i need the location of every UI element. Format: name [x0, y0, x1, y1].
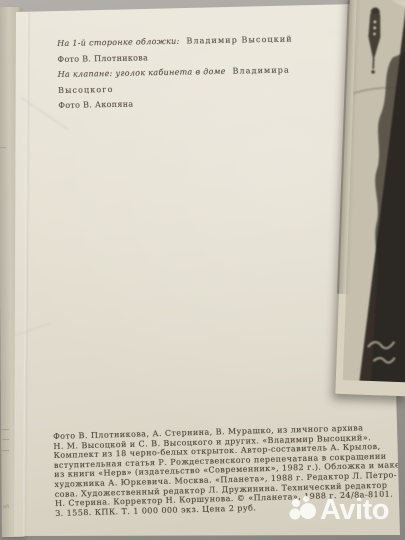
- colophon-top: На 1-й сторонке обложки: Владимир Высоцк…: [57, 31, 338, 114]
- postcard-photo-image: [343, 0, 405, 382]
- flap-print-fragment: [0, 147, 6, 148]
- flap-print-fragment: [1, 429, 9, 430]
- avito-wordmark: Avito: [320, 495, 389, 525]
- photo-scene: иб На 1-й сторонке обложки: Владимир Выс…: [0, 0, 405, 540]
- flap-print-fragment-text: иб: [3, 504, 9, 510]
- colophon-caption: На 1-й сторонке обложки:: [57, 37, 180, 48]
- colophon-caption: На клапане: уголок кабинета в доме: [58, 67, 226, 79]
- pen-nib-shape: [367, 7, 381, 74]
- colophon-name: Владимир Высоцкий: [186, 34, 292, 45]
- flap-print-fragment: [1, 450, 9, 451]
- page-crease: [23, 8, 30, 536]
- flap-print-fragment: [2, 439, 9, 440]
- avito-dots-icon: [287, 495, 318, 525]
- overlapping-card-corner: [390, 0, 405, 21]
- postcard-photo: [343, 0, 405, 382]
- avito-watermark: Avito: [287, 495, 389, 525]
